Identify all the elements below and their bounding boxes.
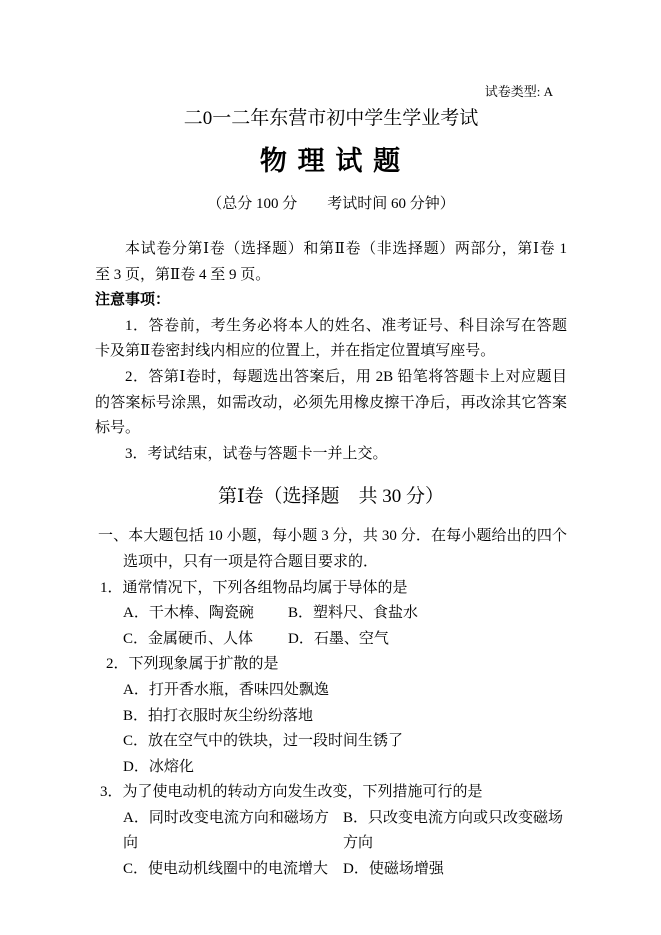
question-2-option-b: B．拍打衣服时灰尘纷纷落地 [123,704,567,730]
question-3-option-b: B．只改变电流方向或只改变磁场方向 [343,806,567,857]
exam-session-title: 二0一二年东营市初中学生学业考试 [95,106,567,132]
page-title: 物 理 试 题 [95,143,567,179]
note-item-3: 3．考试结束，试卷与答题卡一并上交。 [95,442,567,468]
score-duration-line: （总分 100 分 考试时间 60 分钟） [95,194,567,215]
question-2-option-d: D．冰熔化 [123,755,567,781]
question-1-stem: 1．通常情况下，下列各组物品均属于导体的是 [100,576,567,602]
paper-type-label: 试卷类型: A [95,84,553,100]
notes-heading: 注意事项： [95,288,567,314]
question-3-options: A．同时改变电流方向和磁场方向 B．只改变电流方向或只改变磁场方向 C．使电动机… [123,806,567,883]
question-2-stem: 2．下列现象属于扩散的是 [106,652,567,678]
section-1-instructions: 一、本大题包括 10 小题，每小题 3 分，共 30 分．在每小题给出的四个选项… [95,524,567,575]
question-1-option-c: C．金属硬币、人体 [123,627,288,653]
question-2-option-a: A．打开香水瓶，香味四处飘逸 [123,678,567,704]
question-1-option-d: D．石墨、空气 [288,627,567,653]
question-3-option-a: A．同时改变电流方向和磁场方向 [123,806,343,857]
question-1: 1．通常情况下，下列各组物品均属于导体的是 A．干木棒、陶瓷碗 B．塑料尺、食盐… [95,576,567,653]
question-1-option-a: A．干木棒、陶瓷碗 [123,601,288,627]
question-1-option-b: B．塑料尺、食盐水 [288,601,567,627]
question-3-stem: 3．为了使电动机的转动方向发生改变，下列措施可行的是 [100,780,567,806]
question-2-options: A．打开香水瓶，香味四处飘逸 B．拍打衣服时灰尘纷纷落地 C．放在空气中的铁块，… [123,678,567,780]
note-item-2: 2．答第Ⅰ卷时，每题选出答案后，用 2B 铅笔将答题卡上对应题目的答案标号涂黑，… [95,365,567,442]
question-3-option-d: D．使磁场增强 [343,857,567,883]
exam-paper-page: 试卷类型: A 二0一二年东营市初中学生学业考试 物 理 试 题 （总分 100… [0,0,661,935]
question-2-option-c: C．放在空气中的铁块，过一段时间生锈了 [123,729,567,755]
question-3: 3．为了使电动机的转动方向发生改变，下列措施可行的是 A．同时改变电流方向和磁场… [95,780,567,882]
question-3-option-c: C．使电动机线圈中的电流增大 [123,857,343,883]
section-1-heading: 第Ⅰ卷（选择题 共 30 分） [95,482,567,512]
note-item-1: 1．答卷前，考生务必将本人的姓名、准考证号、科目涂写在答题卡及第Ⅱ卷密封线内相应… [95,314,567,365]
question-2: 2．下列现象属于扩散的是 A．打开香水瓶，香味四处飘逸 B．拍打衣服时灰尘纷纷落… [95,652,567,780]
preface-paragraph: 本试卷分第Ⅰ卷（选择题）和第Ⅱ卷（非选择题）两部分，第Ⅰ卷 1 至 3 页，第Ⅱ… [95,237,567,288]
question-1-options: A．干木棒、陶瓷碗 B．塑料尺、食盐水 C．金属硬币、人体 D．石墨、空气 [123,601,567,652]
